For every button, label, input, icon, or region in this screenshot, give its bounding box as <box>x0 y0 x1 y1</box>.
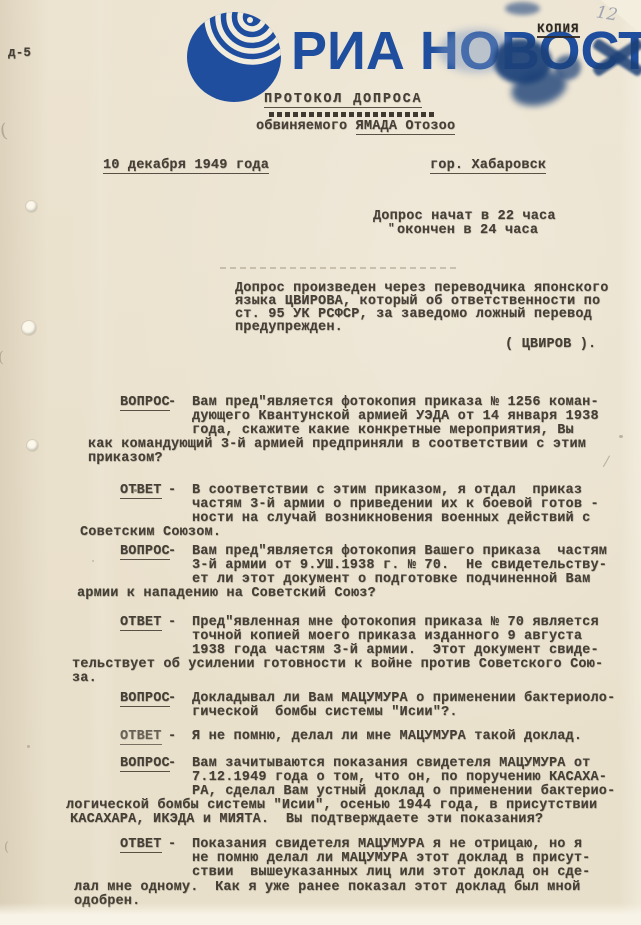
dash: - <box>168 838 176 852</box>
typed-line: 1938 года частям 3-й армии. Этот докумен… <box>192 644 599 658</box>
interrogation-end-time: окончен в 24 часа <box>397 224 538 238</box>
question-label: ВОПРОС <box>120 545 170 560</box>
typed-line: тельствует об усилении готовности к войн… <box>72 658 603 672</box>
typed-line: Советским Союзом. <box>80 526 221 540</box>
document-title: ПРОТОКОЛ ДОПРОСА <box>264 93 422 108</box>
typed-line: ствии вышеуказанных лиц или этот доклад … <box>192 866 590 880</box>
punch-hole <box>22 321 36 335</box>
typed-line: точной копией моего приказа изданного 9 … <box>192 630 582 644</box>
typed-line: года, скажите какие конкретные мероприят… <box>192 424 574 438</box>
dash: - <box>168 730 176 744</box>
typed-line: Докладывал ли Вам МАЦУМУРА о применении … <box>192 692 615 706</box>
typed-line: Показания свидетеля МАЦУМУРА я не отрица… <box>192 838 582 852</box>
scan-bottom-edge <box>0 903 641 925</box>
typed-line: не помню делал ли МАЦУМУРА этот доклад в… <box>192 852 590 866</box>
typed-line: 7.12.1949 года о том, что он, по поручен… <box>192 771 607 785</box>
accused-prefix: обвиняемого <box>256 119 356 134</box>
punch-hole <box>27 440 38 451</box>
typed-line: приказом? <box>88 452 163 466</box>
ria-novosti-globe-icon <box>186 11 282 103</box>
ink-smudge <box>505 2 540 15</box>
corner-mark: д-5 <box>8 46 31 60</box>
typed-line: В соответствии с этим приказом, я отдал … <box>192 484 582 498</box>
copy-stamp: КОПИЯ <box>537 22 580 38</box>
question-label: ВОПРОС <box>120 757 170 772</box>
answer-label: ОТВЕТ <box>120 730 162 745</box>
question-label: ВОПРОС <box>120 692 170 707</box>
faded-rule <box>220 267 456 269</box>
typed-line: Вам зачитываются показания свидетеля МАЦ… <box>192 757 590 771</box>
typed-line: Вам пред"является фотокопия приказа № 12… <box>192 396 599 410</box>
dash: - <box>168 396 176 410</box>
typed-line: Вам пред"является фотокопия Вашего прика… <box>192 545 607 559</box>
dash: - <box>168 692 176 706</box>
answer-label: ОТВЕТ <box>120 484 162 499</box>
typed-line: дующего Квантунской армией УЭДА от 14 ян… <box>192 410 599 424</box>
accused-line: обвиняемого ЯМАДА Отозоо <box>256 120 455 134</box>
document-date: 10 декабря 1949 года <box>103 159 269 174</box>
typed-line: Пред"явленная мне фотокопия приказа № 70… <box>192 616 599 630</box>
document-city: гор. Хабаровск <box>430 159 546 174</box>
ditto-mark: " <box>388 222 395 236</box>
punch-hole <box>26 201 37 212</box>
interpreter-note-line: предупрежден. <box>235 321 343 335</box>
interrogation-start-time: Допрос начат в 22 часа <box>373 210 556 224</box>
dash: - <box>168 545 176 559</box>
typed-line: ности на случай возникновения военных де… <box>192 512 590 526</box>
typed-line: как командующий 3-й армией предприняли в… <box>88 438 586 452</box>
dash: - <box>168 616 176 630</box>
typed-line: лал мне одному. Как я уже ранее показал … <box>74 881 580 895</box>
ink-smudge <box>554 55 581 80</box>
handwritten-page-number: 12 <box>595 2 620 25</box>
answer-label: ОТВЕТ <box>120 838 162 853</box>
typed-line: РА, сделал Вам устный доклад о применени… <box>192 785 615 799</box>
typed-line: ет ли этот документ о подготовке подчине… <box>192 573 590 587</box>
typed-line: Я не помню, делал ли мне МАЦУМУРА такой … <box>192 730 582 744</box>
typed-line: за. <box>72 672 97 686</box>
typed-line: 3-й армии от 9.УШ.1938 г. № 70. Не свиде… <box>192 559 607 573</box>
accused-name: ЯМАДА Отозоо <box>356 119 456 135</box>
dash: - <box>168 757 176 771</box>
typed-line: армии к нападению на Советский Союз? <box>77 587 376 601</box>
interpreter-signature: ( ЦВИРОВ ). <box>505 338 596 352</box>
answer-label: ОТВЕТ <box>120 616 162 631</box>
typed-line: гической бомбы системы "Исии"?. <box>192 706 458 720</box>
question-label: ВОПРОС <box>120 396 170 411</box>
typed-line: КАСАХАРА, ИКЭДА и МИЯТА. Вы подтверждает… <box>70 813 543 827</box>
document-page: РИА НОВОСТИ д-5 КОПИЯ 12 ПРОТОКОЛ ДОПРОС… <box>0 0 641 925</box>
typed-line: логической бомбы системы "Исии", осенью … <box>66 799 597 813</box>
title-dash-rule <box>269 112 435 117</box>
typed-line: частям 3-й армии о приведении их к боево… <box>192 498 599 512</box>
dash: - <box>168 484 176 498</box>
